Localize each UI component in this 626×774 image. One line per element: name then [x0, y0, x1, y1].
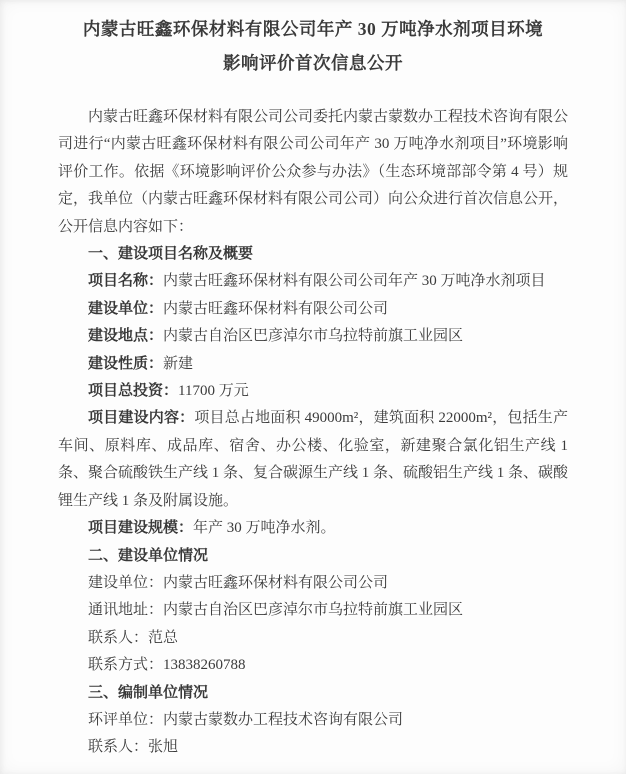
field-construction-location: 建设地点：内蒙古自治区巴彦淖尔市乌拉特前旗工业园区: [58, 323, 568, 350]
field-construction-nature: 建设性质：新建: [58, 351, 568, 378]
field-construction-unit-value: 内蒙古旺鑫环保材料有限公司公司: [163, 301, 388, 317]
page-title-line-2: 影响评价首次信息公开: [58, 46, 568, 80]
field-contact-phone: 联系方式：13838260788: [58, 652, 568, 679]
field-construction-location-value: 内蒙古自治区巴彦淖尔市乌拉特前旗工业园区: [163, 328, 463, 344]
field-eia-contact-person-label: 联系人：: [88, 739, 148, 755]
field-contact-phone-value: 13838260788: [163, 657, 246, 673]
field-contact-person: 联系人：范总: [58, 625, 568, 652]
field-contact-phone-label: 联系方式：: [88, 657, 163, 673]
field-construction-scale-value: 年产 30 万吨净水剂。: [193, 520, 336, 536]
section-1-heading: 一、建设项目名称及概要: [58, 241, 568, 268]
field-builder-unit-value: 内蒙古旺鑫环保材料有限公司公司: [163, 575, 388, 591]
field-project-name: 项目名称：内蒙古旺鑫环保材料有限公司公司年产 30 万吨净水剂项目: [58, 268, 568, 295]
field-project-name-label: 项目名称：: [88, 273, 163, 289]
page-title-line-1: 内蒙古旺鑫环保材料有限公司年产 30 万吨净水剂项目环境: [58, 12, 568, 46]
field-project-name-value: 内蒙古旺鑫环保材料有限公司公司年产 30 万吨净水剂项目: [163, 273, 546, 289]
field-construction-content-label: 项目建设内容：: [88, 410, 194, 426]
document-page: 内蒙古旺鑫环保材料有限公司年产 30 万吨净水剂项目环境 影响评价首次信息公开 …: [0, 0, 626, 774]
section-3-heading: 三、编制单位情况: [58, 680, 568, 707]
field-builder-unit-label: 建设单位：: [88, 575, 163, 591]
field-total-investment-label: 项目总投资：: [88, 383, 178, 399]
field-contact-person-value: 范总: [148, 630, 178, 646]
page-title: 内蒙古旺鑫环保材料有限公司年产 30 万吨净水剂项目环境 影响评价首次信息公开: [58, 12, 568, 80]
field-total-investment: 项目总投资：11700 万元: [58, 378, 568, 405]
field-eia-unit-value: 内蒙古蒙数办工程技术咨询有限公司: [163, 712, 403, 728]
field-contact-person-label: 联系人：: [88, 630, 148, 646]
section-2-heading: 二、建设单位情况: [58, 543, 568, 570]
field-eia-unit-label: 环评单位：: [88, 712, 163, 728]
field-eia-unit: 环评单位：内蒙古蒙数办工程技术咨询有限公司: [58, 707, 568, 734]
field-construction-scale-label: 项目建设规模：: [88, 520, 193, 536]
field-builder-unit: 建设单位：内蒙古旺鑫环保材料有限公司公司: [58, 570, 568, 597]
field-mailing-address: 通讯地址：内蒙古自治区巴彦淖尔市乌拉特前旗工业园区: [58, 597, 568, 624]
field-construction-location-label: 建设地点：: [88, 328, 163, 344]
field-construction-nature-label: 建设性质：: [88, 356, 163, 372]
field-eia-contact-person: 联系人：张旭: [58, 734, 568, 761]
field-mailing-address-value: 内蒙古自治区巴彦淖尔市乌拉特前旗工业园区: [163, 602, 463, 618]
field-construction-scale: 项目建设规模：年产 30 万吨净水剂。: [58, 515, 568, 542]
field-construction-unit-label: 建设单位：: [88, 301, 163, 317]
field-mailing-address-label: 通讯地址：: [88, 602, 163, 618]
field-construction-nature-value: 新建: [163, 356, 193, 372]
intro-paragraph: 内蒙古旺鑫环保材料有限公司公司委托内蒙古蒙数办工程技术咨询有限公司进行“内蒙古旺…: [58, 104, 568, 241]
field-eia-contact-person-value: 张旭: [148, 739, 178, 755]
field-total-investment-value: 11700 万元: [178, 383, 249, 399]
field-construction-unit: 建设单位：内蒙古旺鑫环保材料有限公司公司: [58, 296, 568, 323]
field-construction-content: 项目建设内容：项目总占地面积 49000m²，建筑面积 22000m²，包括生产…: [58, 405, 568, 515]
